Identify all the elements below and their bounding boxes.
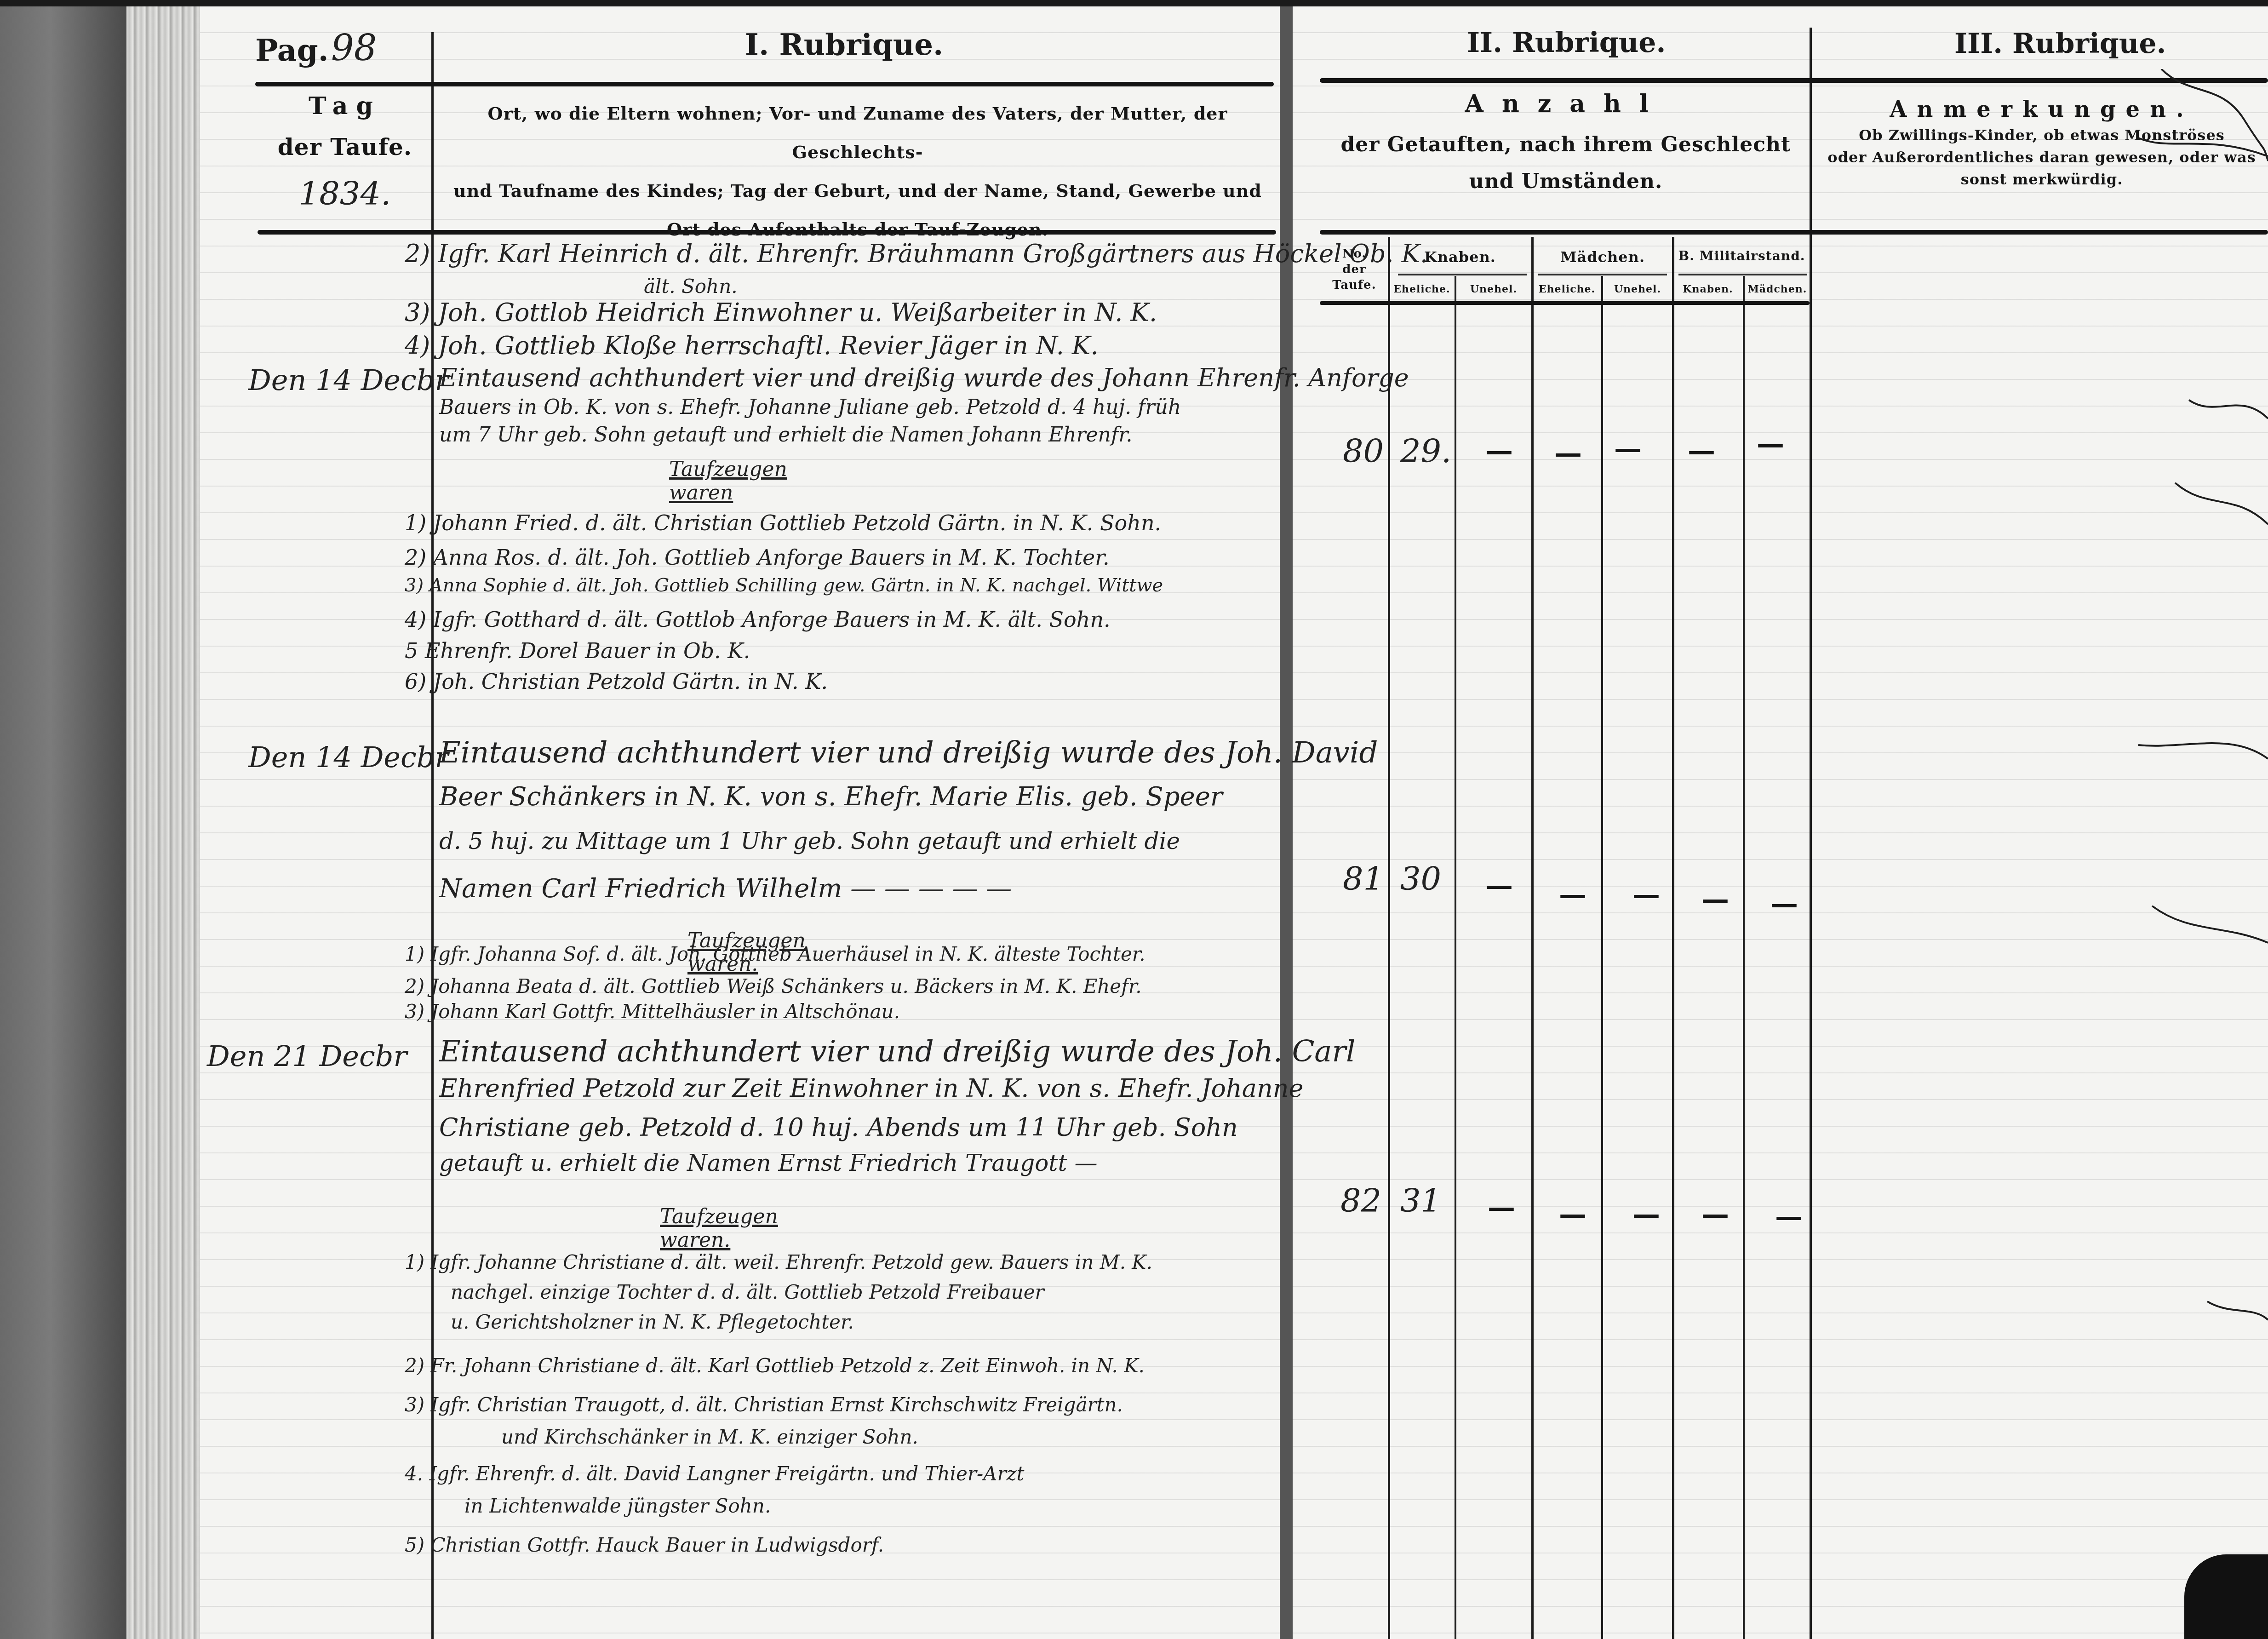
witness-number: 2): [405, 1354, 424, 1377]
witness-line: 2) Anna Ros. d. ält. Joh. Gottlieb Anfor…: [405, 545, 1110, 570]
col-header-militairstand: B. Militairstand.: [1674, 248, 1810, 264]
witness-line: 4) Igfr. Gotthard d. ält. Gottlob Anforg…: [405, 607, 1111, 632]
knaben-subrule: [1398, 274, 1527, 275]
witness-number: 3): [405, 1393, 424, 1416]
col-divider-mil: [1743, 276, 1745, 1639]
tally-knaben-ehel: 31: [1400, 1182, 1441, 1220]
witness-text: in Lichtenwalde jüngster Sohn.: [464, 1495, 771, 1517]
witness-line: in Lichtenwalde jüngster Sohn.: [464, 1495, 771, 1517]
col-header-knaben-unehel: Unehel.: [1457, 281, 1530, 297]
witness-text: Johanna Beata d. ält. Gottlieb Weiß Schä…: [430, 975, 1141, 997]
witness-text: Johann Fried. d. ält. Christian Gottlieb…: [433, 510, 1161, 535]
entry-text-line: Eintausend achthundert vier und dreißig …: [439, 736, 1378, 770]
anzahl-description: der Getauften, nach ihrem Geschlecht und…: [1324, 126, 1807, 200]
tally-knaben-unehel: —: [1485, 435, 1513, 467]
witness-line: und Kirchschänker in M. K. einziger Sohn…: [501, 1426, 918, 1448]
witness-line: 5 Ehrenfr. Dorel Bauer in Ob. K.: [405, 638, 750, 663]
col-header-maedchen-ehel: Eheliche.: [1534, 281, 1600, 297]
entry-text-line: d. 5 huj. zu Mittage um 1 Uhr geb. Sohn …: [439, 828, 1180, 854]
tally-knaben-unehel: —: [1488, 1191, 1515, 1223]
witness-line: 2) Fr. Johann Christiane d. ält. Karl Go…: [405, 1354, 1145, 1377]
tally-mil-knaben: —: [1701, 1198, 1729, 1230]
witness-text: Igfr. Gotthard d. ält. Gottlob Anforge B…: [433, 607, 1111, 632]
witness-text: u. Gerichtsholzner in N. K. Pflegetochte…: [451, 1311, 854, 1333]
tally-no: 80: [1343, 432, 1384, 470]
der-taufe-header: der Taufe.: [258, 133, 432, 160]
col-header-line: No.: [1322, 246, 1386, 262]
witness-text: Anna Ros. d. ält. Joh. Gottlieb Anforge …: [433, 545, 1110, 570]
witness-line: nachgel. einzige Tochter d. d. ält. Gott…: [451, 1281, 1044, 1303]
tally-maedchen-ehel: —: [1559, 878, 1586, 911]
witness-line: 2) Igfr. Karl Heinrich d. ält. Ehrenfr. …: [405, 239, 1428, 268]
witness-line: 5) Christian Gottfr. Hauck Bauer in Ludw…: [405, 1534, 884, 1556]
witness-text: Joh. Gottlob Heidrich Einwohner u. Weißa…: [438, 298, 1157, 327]
witness-line: u. Gerichtsholzner in N. K. Pflegetochte…: [451, 1311, 854, 1333]
col-header-line: Taufe.: [1322, 277, 1386, 293]
witness-text: Anna Sophie d. ält. Joh. Gottlieb Schill…: [430, 575, 1163, 596]
witness-number: 2): [405, 545, 426, 570]
witness-text: Igfr. Ehrenfr. d. ält. David Langner Fre…: [429, 1462, 1024, 1485]
witness-line: 1) Igfr. Johanna Sof. d. ält. Joh. Gottl…: [405, 943, 1145, 965]
rubric-1-description: Ort, wo die Eltern wohnen; Vor- und Zuna…: [448, 94, 1267, 249]
page-number: 98: [331, 28, 377, 69]
witness-line: 3) Joh. Gottlob Heidrich Einwohner u. We…: [405, 298, 1157, 327]
witness-text: Igfr. Christian Traugott, d. ält. Christ…: [430, 1393, 1123, 1416]
anzahl-description-line: und Umständen.: [1324, 163, 1807, 200]
witness-number: 4): [405, 607, 426, 632]
col-divider-maedchen-ehel: [1601, 276, 1603, 1639]
witness-line: 4) Joh. Gottlieb Kloße herrschaftl. Revi…: [405, 331, 1099, 360]
tally-knaben-unehel: —: [1485, 869, 1513, 901]
witness-number: 3): [405, 298, 430, 327]
column-header-bottom-rule: [1320, 301, 1810, 305]
tally-mil-knaben: —: [1701, 883, 1729, 915]
rubric-1-title: I. Rubrique.: [745, 28, 943, 62]
tally-row: 81 30 — — — — —: [1320, 860, 1810, 901]
witness-number: 6): [405, 669, 426, 694]
entry-text-line: Beer Schänkers in N. K. von s. Ehefr. Ma…: [439, 782, 1223, 812]
witness-heading: Taufzeugen waren: [669, 458, 787, 504]
tally-knaben-ehel: 29.: [1400, 432, 1451, 470]
tally-mil-maedchen: —: [1757, 428, 1784, 460]
tally-no: 81: [1343, 860, 1384, 898]
entry-date: Den 21 Decbr: [207, 1039, 407, 1073]
rubric-1-description-line: und Taufname des Kindes; Tag der Geburt,…: [448, 172, 1267, 210]
witness-heading: Taufzeugen waren.: [660, 1205, 778, 1252]
witness-line: 3) Johann Karl Gottfr. Mittelhäusler in …: [405, 1000, 900, 1023]
witness-number: 1): [405, 943, 424, 965]
title-rule: [255, 82, 1274, 86]
year-label: 1834.: [258, 175, 432, 212]
witness-line: 1) Igfr. Johanne Christiane d. ält. weil…: [405, 1251, 1152, 1273]
dark-blot: [2184, 1554, 2268, 1639]
tally-mil-maedchen: —: [1770, 888, 1798, 920]
entry-text-line: Eintausend achthundert vier und dreißig …: [439, 1035, 1356, 1069]
witness-number: 1): [405, 510, 426, 535]
witness-text: ält. Sohn.: [644, 275, 738, 298]
witness-number: 1): [405, 1251, 424, 1273]
witness-text: Johann Karl Gottfr. Mittelhäusler in Alt…: [430, 1000, 900, 1023]
rubric-3-title: III. Rubrique.: [1954, 28, 2166, 60]
witness-text: Christian Gottfr. Hauck Bauer in Ludwigs…: [430, 1534, 884, 1556]
tally-maedchen-unehel: —: [1632, 1198, 1660, 1230]
page-label: Pag.: [255, 32, 329, 68]
tag-header: Tag: [258, 92, 432, 120]
entry-text-line: Namen Carl Friedrich Wilhelm — — — — —: [439, 874, 1012, 904]
witness-line: ält. Sohn.: [644, 275, 738, 298]
entry-date: Den 14 Decbr: [248, 363, 448, 397]
col-header-maedchen-unehel: Unehel.: [1604, 281, 1672, 297]
col-divider-knaben-ehel: [1455, 276, 1456, 1639]
rubric-2-title: II. Rubrique.: [1467, 27, 1666, 59]
witness-text: Igfr. Johanna Sof. d. ält. Joh. Gottlieb…: [430, 943, 1145, 965]
witness-number: 3): [405, 1000, 424, 1023]
witness-line: 3) Igfr. Christian Traugott, d. ält. Chr…: [405, 1393, 1123, 1416]
tally-no: 82: [1340, 1182, 1381, 1220]
page-edges: [126, 0, 200, 1639]
tally-row: 80 29. — — — — —: [1320, 432, 1810, 474]
witness-line: 2) Johanna Beata d. ält. Gottlieb Weiß S…: [405, 975, 1142, 997]
witness-text: nachgel. einzige Tochter d. d. ält. Gott…: [451, 1281, 1044, 1303]
col-header-no-der-taufe: No. der Taufe.: [1322, 246, 1386, 293]
anzahl-title: Anzahl: [1324, 90, 1807, 118]
tally-mil-maedchen: —: [1775, 1200, 1803, 1232]
tally-knaben-ehel: 30: [1400, 860, 1441, 898]
witness-text: Igfr. Johanne Christiane d. ält. weil. E…: [430, 1251, 1152, 1273]
witness-line: 4. Igfr. Ehrenfr. d. ält. David Langner …: [405, 1462, 1024, 1485]
maedchen-subrule: [1538, 274, 1667, 275]
entry-text-line: Eintausend achthundert vier und dreißig …: [439, 363, 1409, 392]
col-header-knaben-ehel: Eheliche.: [1390, 281, 1454, 297]
col-header-knaben: Knaben.: [1391, 248, 1529, 266]
rubric-1-description-line: Ort, wo die Eltern wohnen; Vor- und Zuna…: [448, 94, 1267, 172]
top-edge-shadow: [0, 0, 2268, 6]
col-header-maedchen: Mädchen.: [1534, 248, 1672, 266]
entry-date: Den 14 Decbr: [248, 740, 448, 774]
tally-maedchen-ehel: —: [1559, 1198, 1586, 1230]
tally-row: 82 31 — — — — —: [1320, 1182, 1810, 1223]
witness-number: 5): [405, 1534, 424, 1556]
witness-text: Joh. Christian Petzold Gärtn. in N. K.: [433, 669, 828, 694]
witness-text: Joh. Gottlieb Kloße herrschaftl. Revier …: [438, 331, 1099, 360]
entry-text-line: Bauers in Ob. K. von s. Ehefr. Johanne J…: [439, 395, 1181, 419]
tally-maedchen-unehel: —: [1632, 878, 1660, 911]
witness-line: 3) Anna Sophie d. ält. Joh. Gottlieb Sch…: [405, 575, 1163, 596]
paper-crack-marks: [2069, 69, 2268, 1639]
witness-text: Fr. Johann Christiane d. ält. Karl Gottl…: [430, 1354, 1144, 1377]
witness-line: 6) Joh. Christian Petzold Gärtn. in N. K…: [405, 669, 828, 694]
col-header-line: der: [1322, 262, 1386, 277]
witness-number: 4): [405, 331, 430, 360]
remarks-column-divider: [1810, 28, 1812, 1639]
anzahl-description-line: der Getauften, nach ihrem Geschlecht: [1324, 126, 1807, 163]
col-header-mil-maedchen: Mädchen.: [1745, 281, 1810, 297]
tally-maedchen-unehel: —: [1614, 432, 1642, 464]
entry-text-line: Christiane geb. Petzold d. 10 huj. Abend…: [439, 1113, 1238, 1142]
witness-number: 2): [405, 239, 430, 268]
witness-text: und Kirchschänker in M. K. einziger Sohn…: [501, 1426, 918, 1448]
witness-text: Igfr. Karl Heinrich d. ält. Ehrenfr. Brä…: [438, 239, 1428, 268]
witness-number: 4.: [405, 1462, 423, 1485]
book-binding-margin: [0, 0, 126, 1639]
tally-maedchen-ehel: —: [1554, 437, 1582, 469]
entry-text-line: Ehrenfried Petzold zur Zeit Einwohner in…: [439, 1074, 1304, 1103]
witness-number: 2): [405, 975, 424, 997]
entry-text-line: um 7 Uhr geb. Sohn getauft und erhielt d…: [439, 423, 1132, 447]
entry-text-line: getauft u. erhielt die Namen Ernst Fried…: [439, 1150, 1097, 1176]
witness-number: 5: [405, 638, 418, 663]
witness-number: 3): [405, 575, 424, 596]
witness-line: 1) Johann Fried. d. ält. Christian Gottl…: [405, 510, 1161, 535]
witness-text: Ehrenfr. Dorel Bauer in Ob. K.: [425, 638, 750, 663]
tally-mil-knaben: —: [1688, 435, 1715, 467]
militair-subrule: [1678, 274, 1807, 275]
col-header-mil-knaben: Knaben.: [1674, 281, 1742, 297]
